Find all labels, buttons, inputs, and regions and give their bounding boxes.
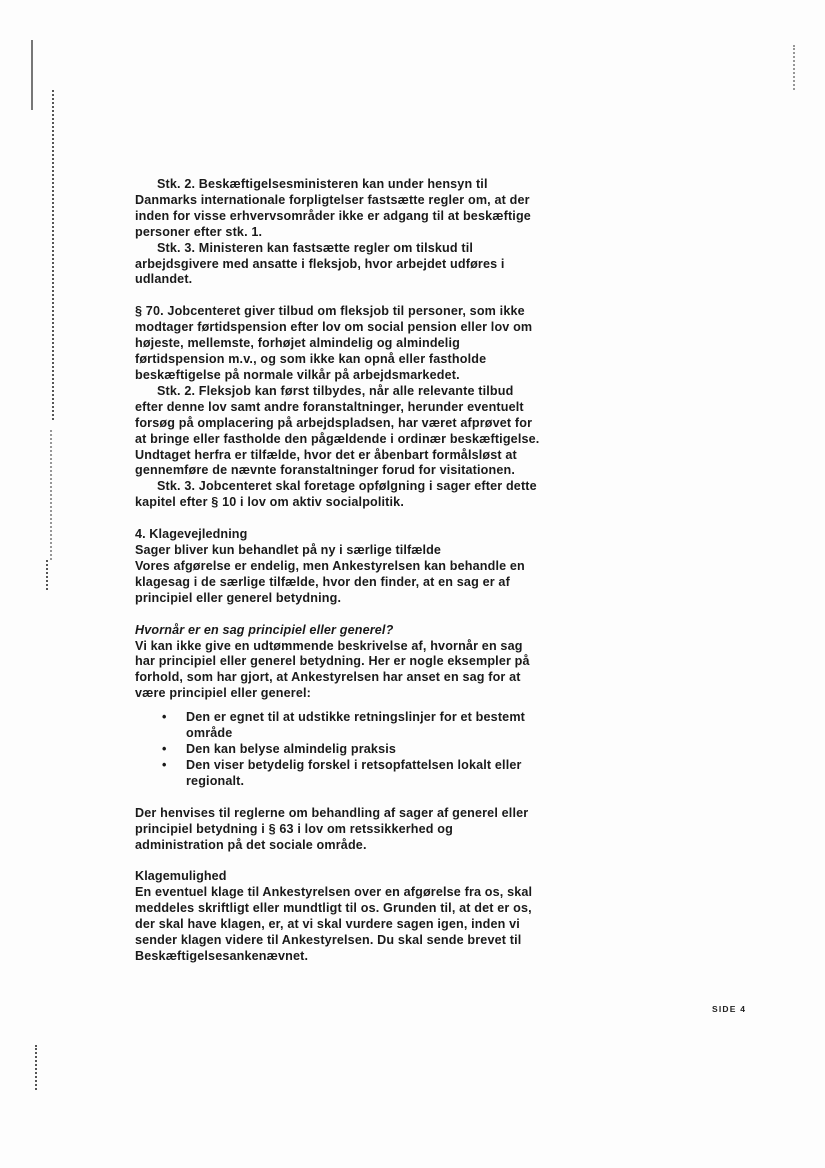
scan-edge-line xyxy=(31,40,33,110)
question-heading: Hvornår er en sag principiel eller gener… xyxy=(135,623,545,639)
list-item: Den viser betydelig forskel i retsopfatt… xyxy=(162,758,545,790)
paragraph-stk3: Stk. 3. Ministeren kan fastsætte regler … xyxy=(135,241,545,289)
question-text: Vi kan ikke give en udtømmende beskrivel… xyxy=(135,639,545,703)
paragraph-70-stk3: Stk. 3. Jobcenteret skal foretage opfølg… xyxy=(135,479,545,511)
section-subtitle: Sager bliver kun behandlet på ny i særli… xyxy=(135,543,545,559)
scan-margin-dots xyxy=(46,560,50,590)
document-body: Stk. 2. Beskæftigelsesministeren kan und… xyxy=(135,177,545,965)
reference-paragraph: Der henvises til reglerne om behandling … xyxy=(135,806,545,854)
scan-margin-dots xyxy=(35,1045,39,1090)
klage-heading: Klagemulighed xyxy=(135,869,545,885)
section-intro: Vores afgørelse er endelig, men Ankestyr… xyxy=(135,559,545,607)
section-title: 4. Klagevejledning xyxy=(135,527,545,543)
page-number: SIDE 4 xyxy=(712,1004,746,1014)
scan-margin-dots xyxy=(793,45,797,90)
scan-margin-dots xyxy=(52,90,56,420)
klage-text: En eventuel klage til Ankestyrelsen over… xyxy=(135,885,545,965)
list-item: Den er egnet til at udstikke retningslin… xyxy=(162,710,545,742)
scanned-page: Stk. 2. Beskæftigelsesministeren kan und… xyxy=(0,0,825,1168)
paragraph-section-70: § 70. Jobcenteret giver tilbud om fleksj… xyxy=(135,304,545,384)
criteria-list: Den er egnet til at udstikke retningslin… xyxy=(135,710,545,790)
paragraph-70-stk2: Stk. 2. Fleksjob kan først tilbydes, når… xyxy=(135,384,545,479)
list-item: Den kan belyse almindelig praksis xyxy=(162,742,545,758)
scan-margin-dots xyxy=(50,430,54,560)
paragraph-stk2: Stk. 2. Beskæftigelsesministeren kan und… xyxy=(135,177,545,241)
